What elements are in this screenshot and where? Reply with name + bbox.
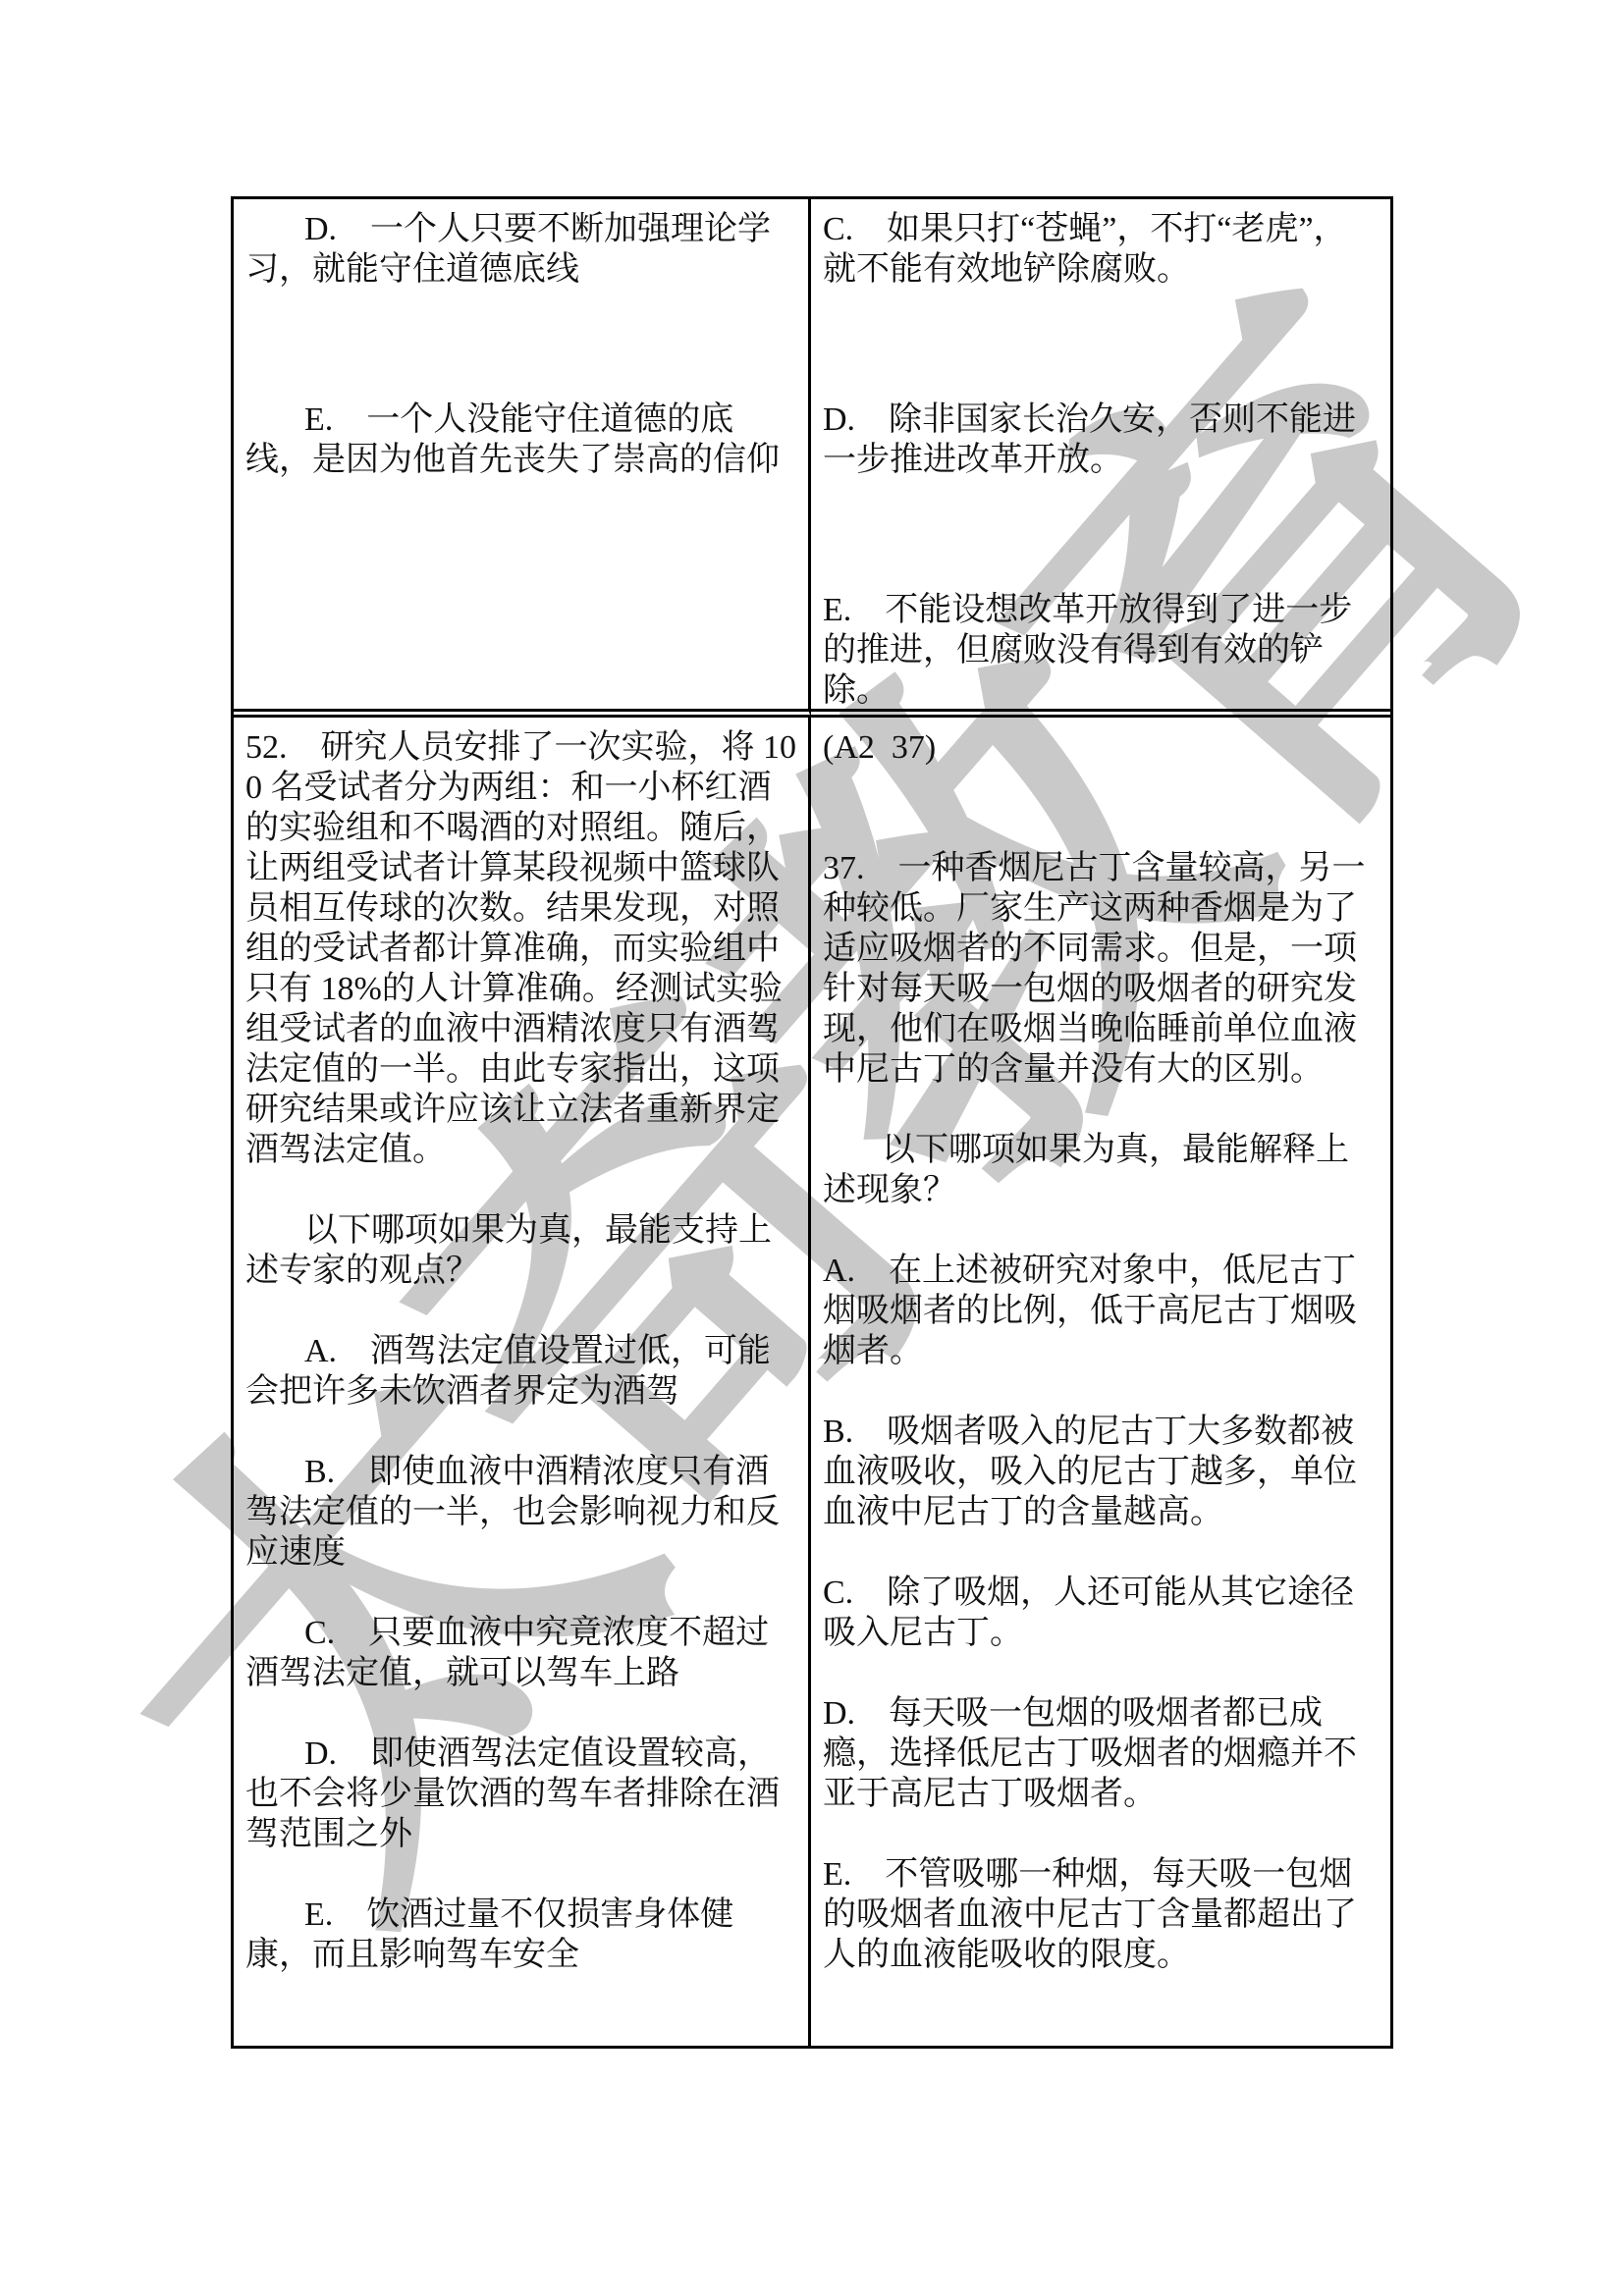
paragraph: B. 即使血液中酒精浓度只有酒驾法定值的一半，也会影响视力和反应速度 bbox=[245, 1452, 796, 1573]
paragraph: E. 一个人没能守住道德的底线，是因为他首先丧失了崇高的信仰 bbox=[245, 400, 796, 480]
paragraph: D. 一个人只要不断加强理论学习，就能守住道德底线 bbox=[245, 209, 796, 290]
paragraph: E. 不能设想改革开放得到了进一步的推进，但腐败没有得到有效的铲除。 bbox=[823, 590, 1379, 711]
paragraph: D. 每天吸一包烟的吸烟者都已成瘾，选择低尼古丁吸烟者的烟瘾并不亚于高尼古丁吸烟… bbox=[823, 1693, 1379, 1814]
paragraph: 以下哪项如果为真，最能支持上述专家的观点？ bbox=[245, 1210, 796, 1291]
table-cell-row1-left: D. 一个人只要不断加强理论学习，就能守住道德底线E. 一个人没能守住道德的底线… bbox=[234, 199, 811, 718]
question-table: D. 一个人只要不断加强理论学习，就能守住道德底线E. 一个人没能守住道德的底线… bbox=[231, 196, 1393, 2049]
table-cell-row2-left: 52. 研究人员安排了一次实验，将 100 名受试者分为两组：和一小杯红酒的实验… bbox=[234, 718, 811, 2046]
paragraph: A. 在上述被研究对象中，低尼古丁烟吸烟者的比例，低于高尼古丁烟吸烟者。 bbox=[823, 1251, 1379, 1371]
paragraph: E. 不管吸哪一种烟，每天吸一包烟的吸烟者血液中尼古丁含量都超出了人的血液能吸收… bbox=[823, 1854, 1379, 1975]
paragraph: 52. 研究人员安排了一次实验，将 100 名受试者分为两组：和一小杯红酒的实验… bbox=[245, 727, 796, 1170]
paragraph: C. 除了吸烟，人还可能从其它途径吸入尼古丁。 bbox=[823, 1573, 1379, 1653]
table-cell-row2-right: (A2 37)37. 一种香烟尼古丁含量较高，另一种较低。厂家生产这两种香烟是为… bbox=[811, 718, 1390, 2046]
table-cell-row1-right: C. 如果只打“苍蝇”，不打“老虎”，就不能有效地铲除腐败。D. 除非国家长治久… bbox=[811, 199, 1390, 718]
paragraph: C. 如果只打“苍蝇”，不打“老虎”，就不能有效地铲除腐败。 bbox=[823, 209, 1379, 290]
paragraph: A. 酒驾法定值设置过低，可能会把许多未饮酒者界定为酒驾 bbox=[245, 1331, 796, 1412]
paragraph: D. 即使酒驾法定值设置较高，也不会将少量饮酒的驾车者排除在酒驾范围之外 bbox=[245, 1734, 796, 1854]
paragraph: C. 只要血液中究竟浓度不超过酒驾法定值，就可以驾车上路 bbox=[245, 1613, 796, 1693]
paragraph: (A2 37) bbox=[823, 727, 1379, 768]
paragraph: D. 除非国家长治久安，否则不能进一步推进改革开放。 bbox=[823, 400, 1379, 480]
paragraph: E. 饮酒过量不仅损害身体健康，而且影响驾车安全 bbox=[245, 1895, 796, 1975]
paragraph: 以下哪项如果为真，最能解释上述现象？ bbox=[823, 1130, 1379, 1210]
paragraph: 37. 一种香烟尼古丁含量较高，另一种较低。厂家生产这两种香烟是为了适应吸烟者的… bbox=[823, 848, 1379, 1090]
paragraph: B. 吸烟者吸入的尼古丁大多数都被血液吸收，吸入的尼古丁越多，单位血液中尼古丁的… bbox=[823, 1412, 1379, 1532]
